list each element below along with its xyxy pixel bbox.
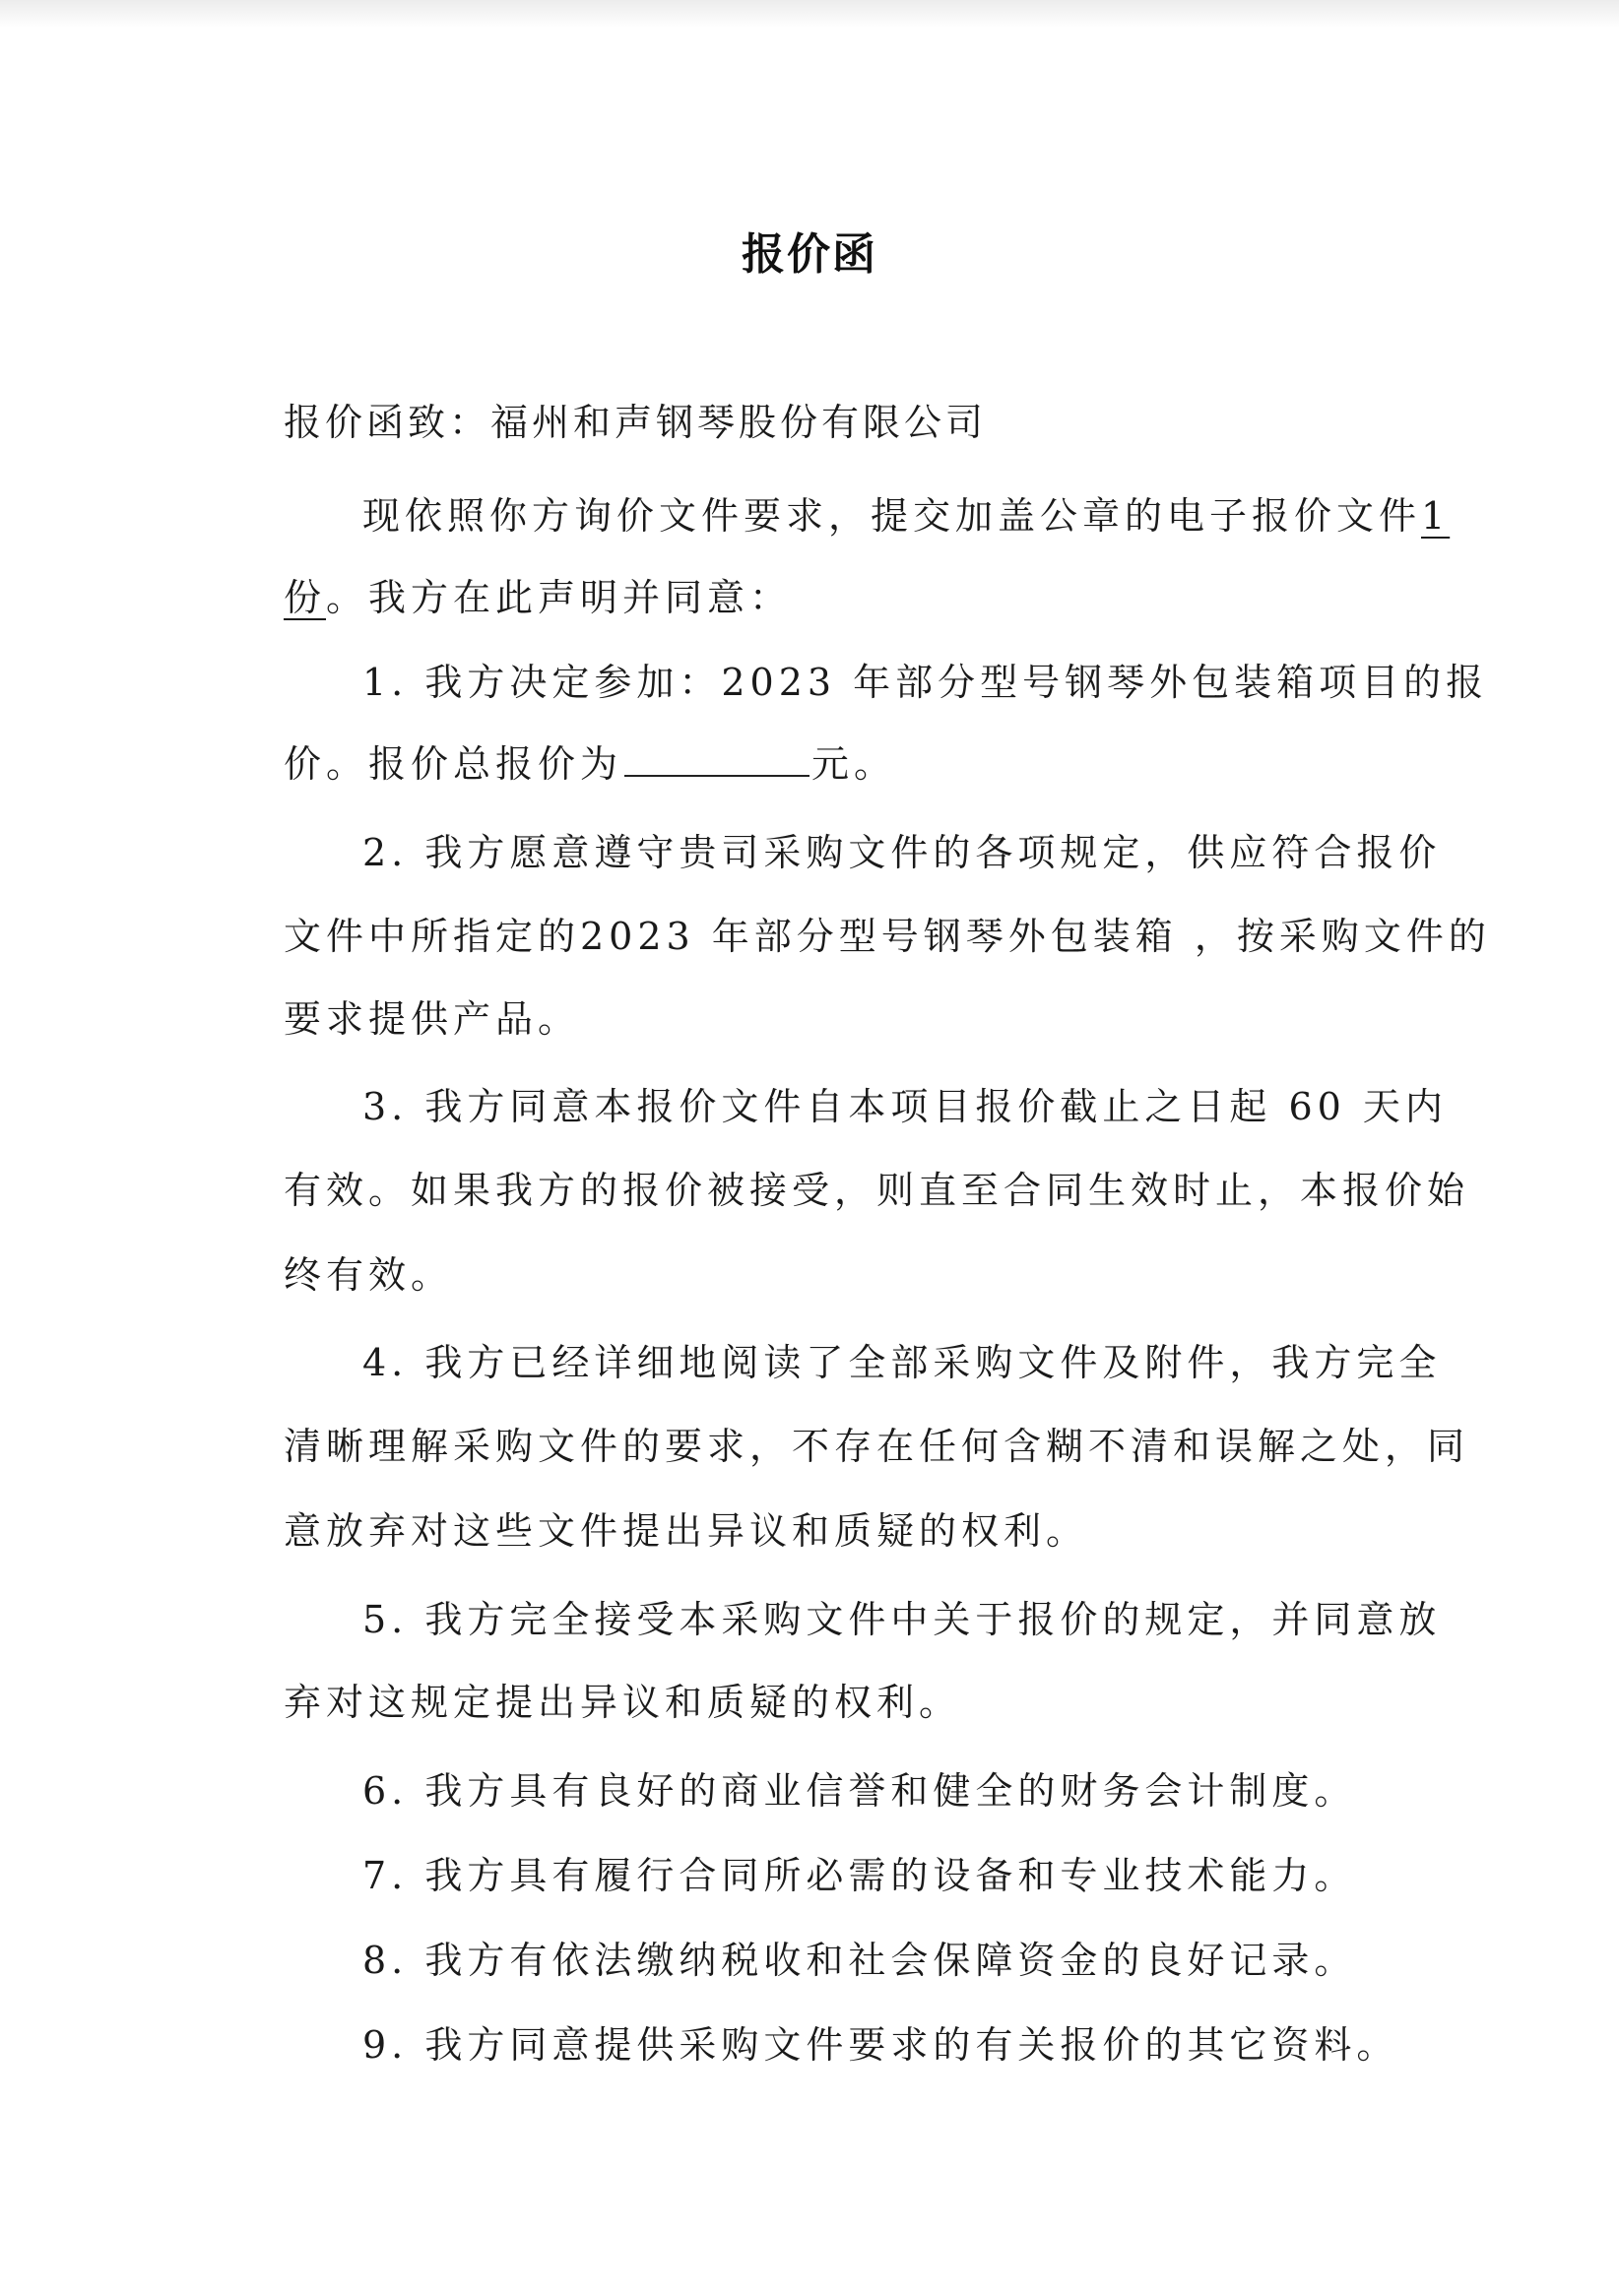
clause-text: 有效。如果我方的报价被接受，则直至合同生效时止，本报价始 (284, 1169, 1469, 1212)
clause-4-line-2: 清晰理解采购文件的要求，不存在任何含糊不清和误解之处，同 (284, 1428, 1469, 1465)
intro-declaration: 。我方在此声明并同意： (326, 576, 792, 619)
clause-2-line-1: 2. 我方愿意遵守贵司采购文件的各项规定，供应符合报价 (362, 834, 1441, 871)
copies-unit: 份 (284, 576, 326, 619)
clause-number: 8. (362, 1939, 408, 1982)
clause-text: 弃对这规定提出异议和质疑的权利。 (284, 1681, 961, 1724)
clause-text: 意放弃对这些文件提出异议和质疑的权利。 (284, 1509, 1088, 1553)
clause-text: 我方愿意遵守贵司采购文件的各项规定，供应符合报价 (424, 831, 1441, 874)
clause-text: 要求提供产品。 (284, 997, 580, 1041)
clause-text: 清晰理解采购文件的要求，不存在任何含糊不清和误解之处，同 (284, 1425, 1469, 1468)
clause-7: 7. 我方具有履行合同所必需的设备和专业技术能力。 (362, 1857, 1356, 1894)
clause-text: 我方已经详细地阅读了全部采购文件及附件，我方完全 (424, 1341, 1441, 1384)
page-title: 报价函 (0, 219, 1619, 282)
clause-number: 7. (362, 1854, 408, 1897)
clause-number: 6. (362, 1769, 408, 1813)
clause-number: 9. (362, 2023, 408, 2067)
clause-9: 9. 我方同意提供采购文件要求的有关报价的其它资料。 (362, 2026, 1398, 2064)
clause-number: 1. (362, 661, 408, 704)
clause-text: 文件中所指定的2023 年部分型号钢琴外包装箱 ，按采购文件的 (284, 915, 1491, 958)
clause-1-line-1: 1. 我方决定参加：2023 年部分型号钢琴外包装箱项目的报 (362, 664, 1488, 701)
intro-text: 现依照你方询价文件要求，提交加盖公章的电子报价文件 (362, 494, 1421, 538)
clause-5-line-1: 5. 我方完全接受本采购文件中关于报价的规定，并同意放 (362, 1601, 1441, 1638)
clause-text: 我方具有良好的商业信誉和健全的财务会计制度。 (424, 1769, 1356, 1813)
clause-8: 8. 我方有依法缴纳税收和社会保障资金的良好记录。 (362, 1942, 1356, 1979)
clause-4-line-3: 意放弃对这些文件提出异议和质疑的权利。 (284, 1512, 1088, 1550)
clause-6: 6. 我方具有良好的商业信誉和健全的财务会计制度。 (362, 1772, 1356, 1810)
scan-edge-shadow (0, 0, 1619, 28)
clause-text: 我方有依法缴纳税收和社会保障资金的良好记录。 (424, 1939, 1356, 1982)
clause-number: 5. (362, 1598, 408, 1641)
clause-1-line-2: 价。报价总报价为元。 (284, 745, 896, 783)
addressee-line: 报价函致：福州和声钢琴股份有限公司 (284, 404, 987, 441)
clause-number: 4. (362, 1341, 408, 1384)
clause-3-line-1: 3. 我方同意本报价文件自本项目报价截止之日起 60 天内 (362, 1088, 1448, 1125)
intro-line-1: 现依照你方询价文件要求，提交加盖公章的电子报价文件1 (362, 497, 1450, 535)
total-price-blank[interactable] (624, 745, 809, 777)
clause-number: 2. (362, 831, 408, 874)
clause-text: 我方具有履行合同所必需的设备和专业技术能力。 (424, 1854, 1356, 1897)
clause-3-line-3: 终有效。 (284, 1256, 453, 1294)
clause-5-line-2: 弃对这规定提出异议和质疑的权利。 (284, 1684, 961, 1721)
clause-text: 我方同意提供采购文件要求的有关报价的其它资料。 (424, 2023, 1398, 2067)
clause-text: 我方决定参加：2023 年部分型号钢琴外包装箱项目的报 (424, 661, 1488, 704)
clause-text: 我方完全接受本采购文件中关于报价的规定，并同意放 (424, 1598, 1441, 1641)
clause-3-line-2: 有效。如果我方的报价被接受，则直至合同生效时止，本报价始 (284, 1172, 1469, 1209)
clause-2-line-2: 文件中所指定的2023 年部分型号钢琴外包装箱 ，按采购文件的 (284, 918, 1491, 955)
currency-suffix: 元。 (811, 742, 896, 786)
addressee-label: 报价函致： (284, 401, 490, 444)
clause-4-line-1: 4. 我方已经详细地阅读了全部采购文件及附件，我方完全 (362, 1344, 1441, 1381)
clause-text: 终有效。 (284, 1253, 453, 1297)
addressee-name: 福州和声钢琴股份有限公司 (490, 401, 987, 444)
clause-text: 我方同意本报价文件自本项目报价截止之日起 60 天内 (424, 1085, 1448, 1128)
intro-line-2: 份。我方在此声明并同意： (284, 579, 792, 616)
clause-number: 3. (362, 1085, 408, 1128)
clause-text: 价。报价总报价为 (284, 742, 622, 786)
clause-2-line-3: 要求提供产品。 (284, 1000, 580, 1038)
copies-count: 1 (1421, 494, 1450, 538)
